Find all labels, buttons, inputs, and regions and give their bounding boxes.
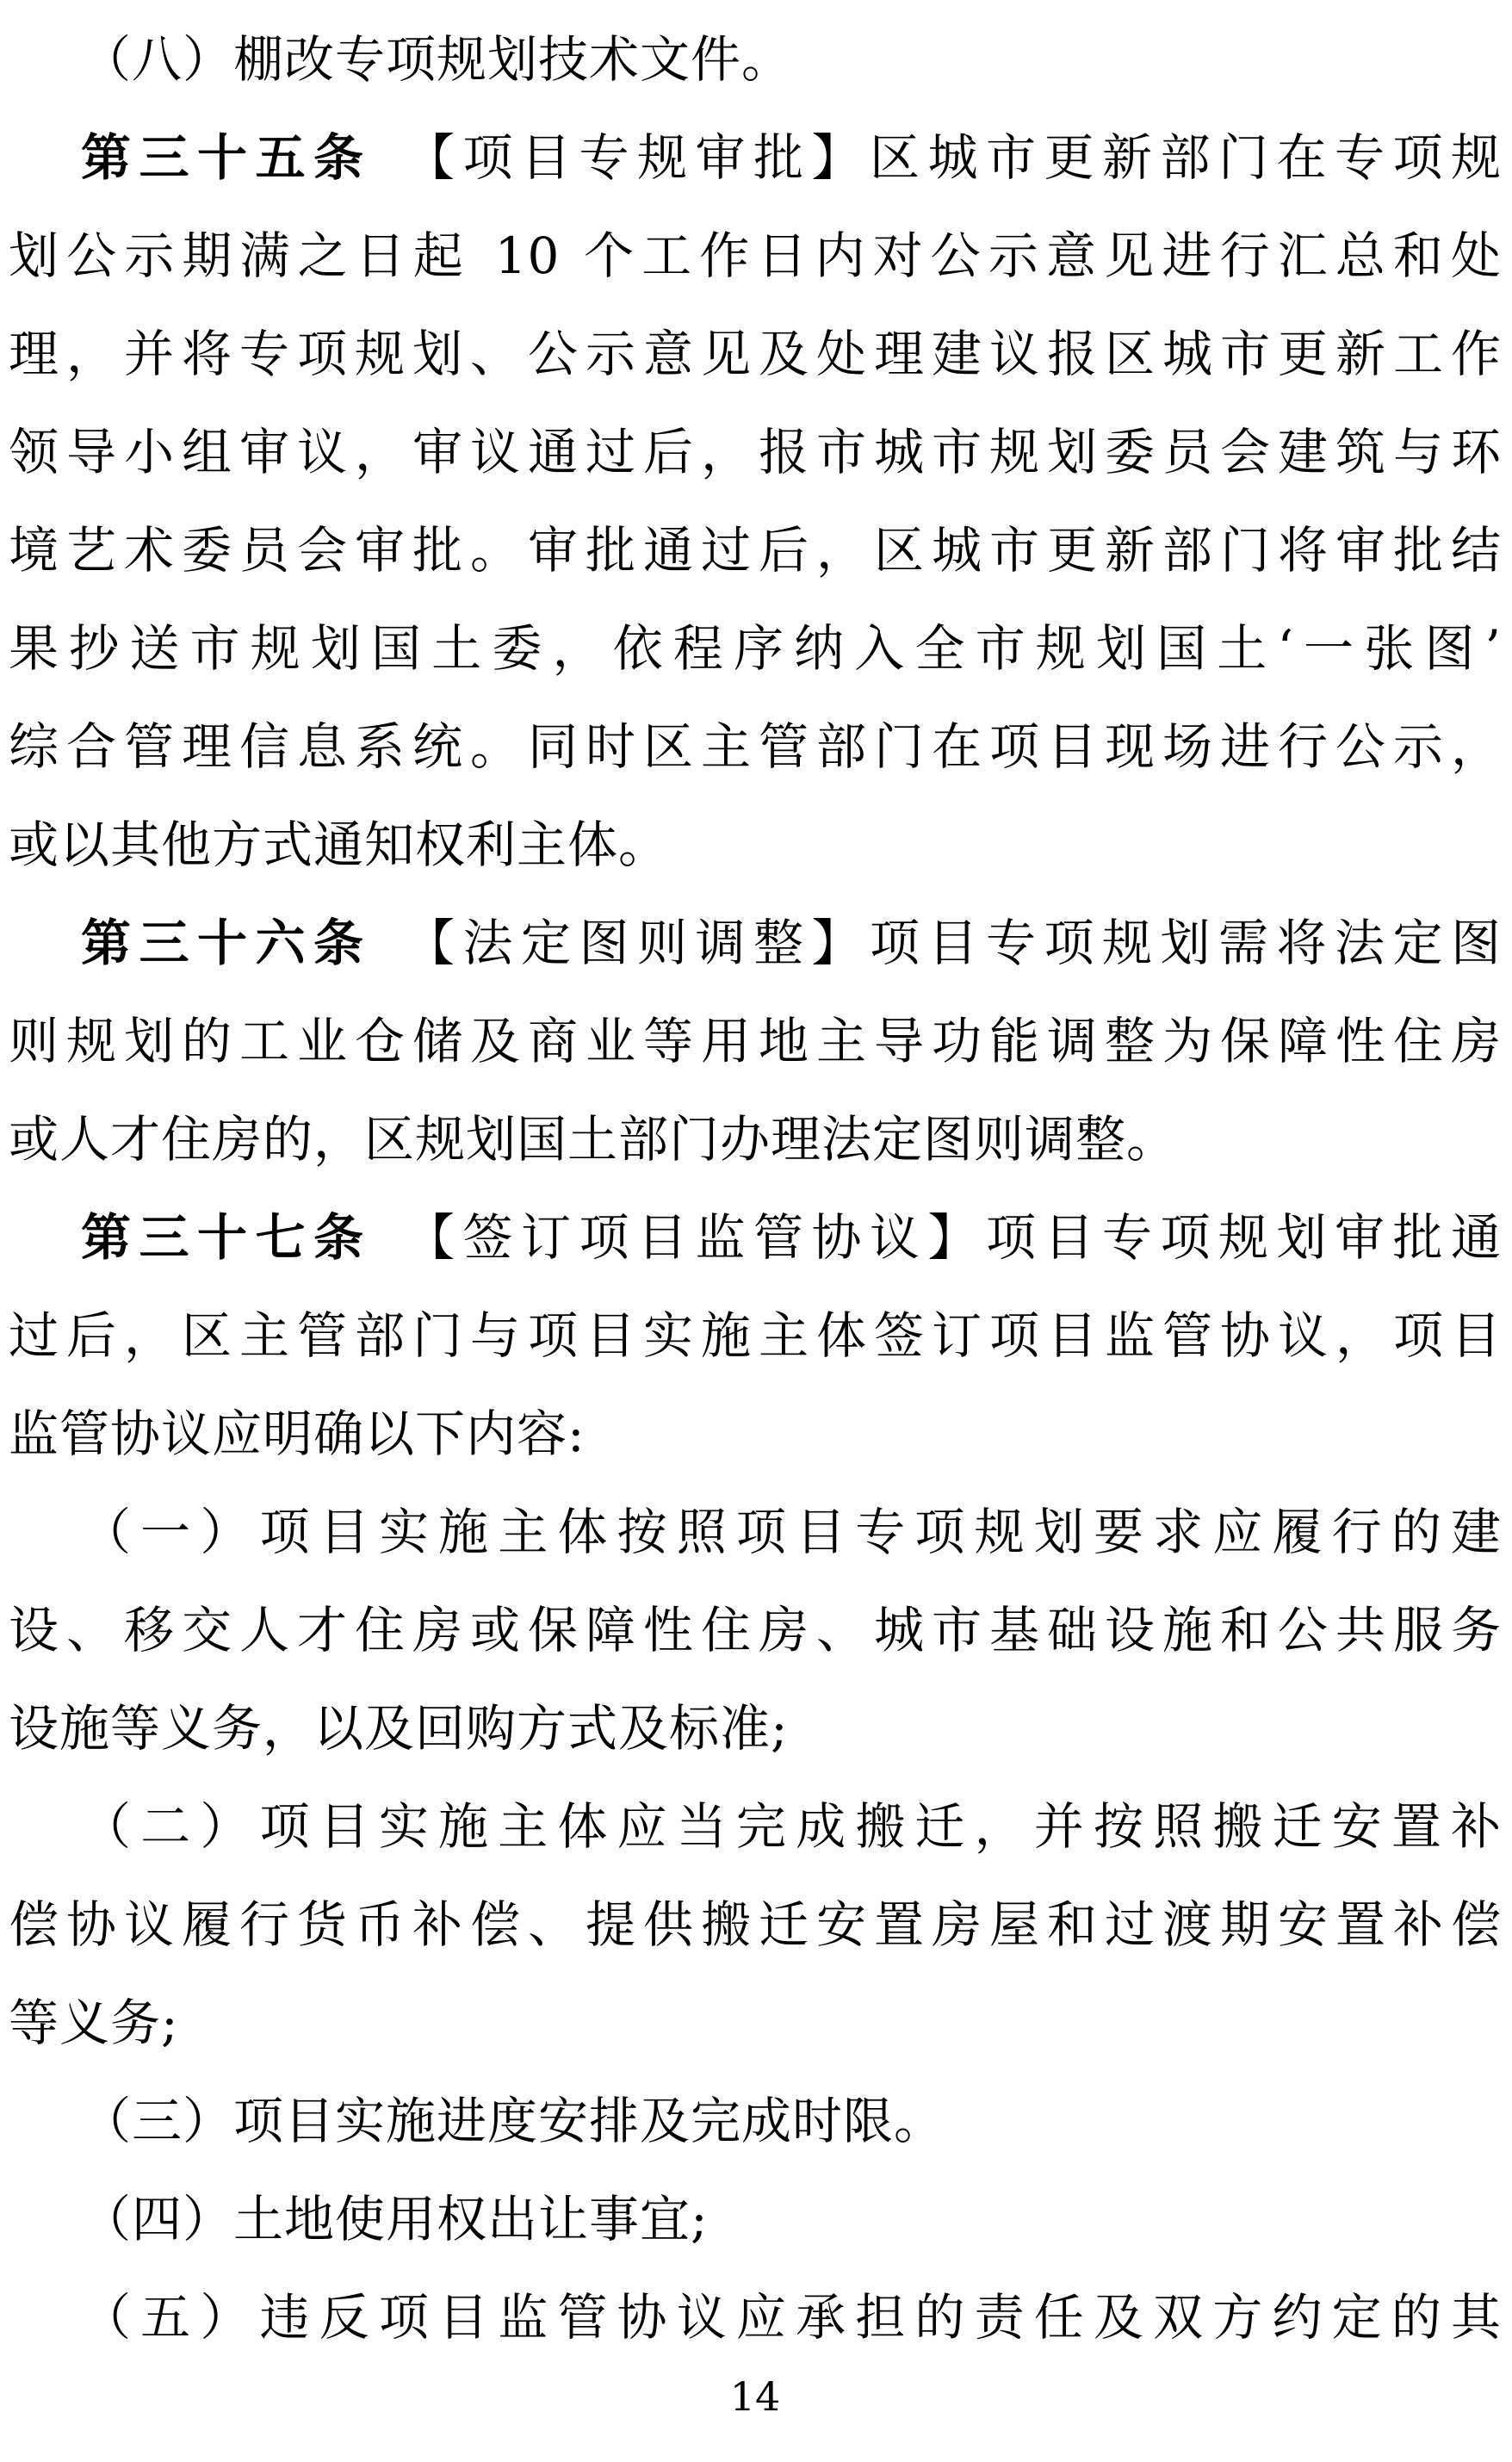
text-line: 等义务; <box>9 1974 1502 2072</box>
text-line: （八）棚改专项规划技术文件。 <box>9 10 1502 109</box>
text-line-article-35: 第三十五条 【项目专规审批】区城市更新部门在专项规 <box>9 109 1502 207</box>
article-text: 【项目专规审批】区城市更新部门在专项规 <box>372 128 1502 187</box>
article-number: 第三十六条 <box>81 914 372 972</box>
text-line: 境艺术委员会审批。审批通过后，区城市更新部门将审批结 <box>9 501 1502 599</box>
text-line: 或人才住房的，区规划国土部门办理法定图则调整。 <box>9 1090 1502 1188</box>
page-number: 14 <box>9 2370 1502 2423</box>
text-line: 领导小组审议，审议通过后，报市城市规划委员会建筑与环 <box>9 403 1502 501</box>
text-line-article-37: 第三十七条 【签订项目监管协议】项目专项规划审批通 <box>9 1188 1502 1287</box>
text-line-item-4: （四）土地使用权出让事宜; <box>9 2170 1502 2268</box>
text-line: 过后，区主管部门与项目实施主体签订项目监管协议，项目 <box>9 1287 1502 1385</box>
text-line-article-36: 第三十六条 【法定图则调整】项目专项规划需将法定图 <box>9 894 1502 992</box>
text-line: 则规划的工业仓储及商业等用地主导功能调整为保障性住房 <box>9 992 1502 1090</box>
text-line-item-5: （五）违反项目监管协议应承担的责任及双方约定的其 <box>9 2268 1502 2366</box>
text-line-item-2: （二）项目实施主体应当完成搬迁，并按照搬迁安置补 <box>9 1777 1502 1876</box>
article-text: 【签订项目监管协议】项目专项规划审批通 <box>372 1208 1502 1267</box>
article-number: 第三十七条 <box>81 1208 372 1267</box>
article-text: 【法定图则调整】项目专项规划需将法定图 <box>372 914 1502 972</box>
text-line: 或以其他方式通知权利主体。 <box>9 796 1502 894</box>
text-line: 理，并将专项规划、公示意见及处理建议报区城市更新工作 <box>9 305 1502 403</box>
text-line: 果抄送市规划国土委，依程序纳入全市规划国土‘一张图’ <box>9 599 1502 698</box>
document-page: （八）棚改专项规划技术文件。 第三十五条 【项目专规审批】区城市更新部门在专项规… <box>0 0 1512 2423</box>
article-number: 第三十五条 <box>81 128 372 187</box>
text-line: 偿协议履行货币补偿、提供搬迁安置房屋和过渡期安置补偿 <box>9 1876 1502 1974</box>
text-line: 设施等义务，以及回购方式及标准; <box>9 1679 1502 1777</box>
text-line: 划公示期满之日起 10 个工作日内对公示意见进行汇总和处 <box>9 207 1502 305</box>
text-line: 监管协议应明确以下内容: <box>9 1385 1502 1483</box>
text-line-item-3: （三）项目实施进度安排及完成时限。 <box>9 2072 1502 2170</box>
text-line: 设、移交人才住房或保障性住房、城市基础设施和公共服务 <box>9 1581 1502 1679</box>
text-line-item-1: （一）项目实施主体按照项目专项规划要求应履行的建 <box>9 1483 1502 1581</box>
text-line: 综合管理信息系统。同时区主管部门在项目现场进行公示， <box>9 698 1502 796</box>
